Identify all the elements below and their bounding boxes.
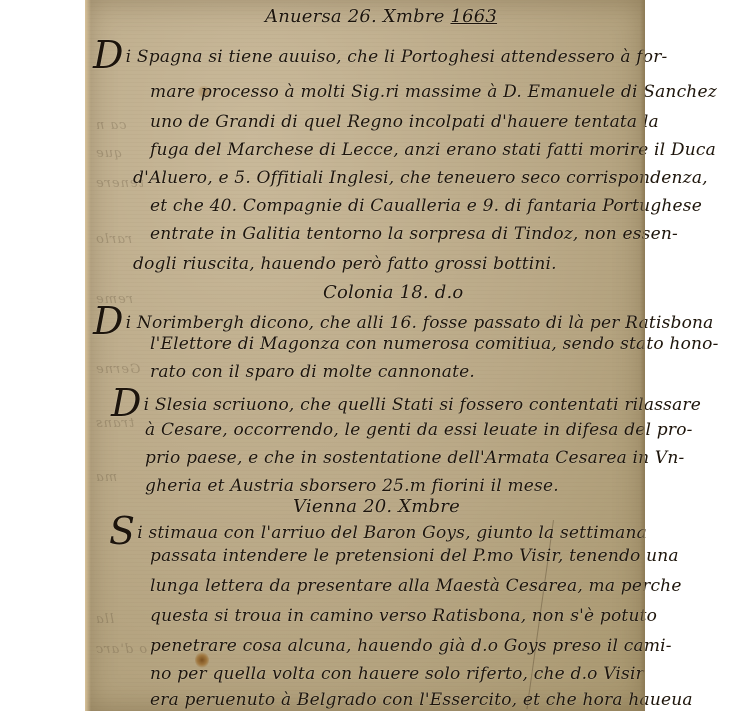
text-line: no per quella volta con hauere solo rife… — [150, 664, 644, 684]
bleed-through-text: ca n — [95, 118, 127, 133]
section-heading: Colonia 18. d.o — [323, 282, 463, 303]
text-line: Di Slesia scriuono, che quelli Stati si … — [111, 384, 701, 422]
manuscript-page: ca n que tenere rarlo reme Gerne trans m… — [85, 0, 645, 711]
text-line: uno de Grandi di quel Regno incolpati d'… — [150, 112, 659, 132]
text-line: Si stimaua con l'arriuo del Baron Goys, … — [109, 512, 647, 550]
bleed-through-text: que — [95, 146, 122, 161]
text-line: à Cesare, occorrendo, le genti da essi l… — [145, 420, 693, 440]
text-line: mare processo à molti Sig.ri massime à D… — [150, 82, 717, 102]
decorated-initial: D — [111, 381, 142, 425]
text-line: prio paese, e che in sostentatione dell'… — [145, 448, 684, 468]
bleed-through-text: lla — [95, 612, 114, 627]
section-heading: Anuersa 26. Xmbre 1663 — [265, 6, 497, 27]
decorated-initial: D — [93, 33, 124, 77]
heading-place: Anuersa 26. Xmbre — [265, 6, 450, 27]
decorated-initial: D — [93, 299, 124, 343]
text-line: questa si troua in camino verso Ratisbon… — [150, 606, 657, 626]
text-line: Di Spagna si tiene auuiso, che li Portog… — [93, 36, 668, 74]
text-line: dogli riuscita, hauendo però fatto gross… — [133, 254, 557, 274]
text-line: l'Elettore di Magonza con numerosa comit… — [150, 334, 719, 354]
text-line: entrate in Galitia tentorno la sorpresa … — [150, 224, 678, 244]
text-line: et che 40. Compagnie di Caualleria e 9. … — [150, 196, 702, 216]
bleed-through-text: Gerne — [95, 362, 140, 377]
bleed-through-text: rarlo — [95, 232, 132, 247]
text-line: rato con il sparo di molte cannonate. — [150, 362, 475, 382]
text-line: lunga lettera da presentare alla Maestà … — [150, 576, 682, 596]
text-line: fuga del Marchese di Lecce, anzi erano s… — [150, 140, 716, 160]
bleed-through-text: ma — [95, 470, 117, 485]
text-line: gheria et Austria sborsero 25.m fiorini … — [145, 476, 559, 496]
heading-year: 1663 — [450, 6, 497, 27]
bleed-through-text: o d'arc — [95, 642, 147, 657]
text-line: passata intendere le pretensioni del P.m… — [150, 546, 679, 566]
decorated-initial: S — [109, 509, 135, 553]
text-line: penetrare cosa alcuna, hauendo già d.o G… — [150, 636, 672, 656]
text-line: era peruenuto à Belgrado con l'Essercito… — [150, 690, 693, 710]
text-line: d'Aluero, e 5. Offitiali Inglesi, che te… — [133, 168, 708, 188]
